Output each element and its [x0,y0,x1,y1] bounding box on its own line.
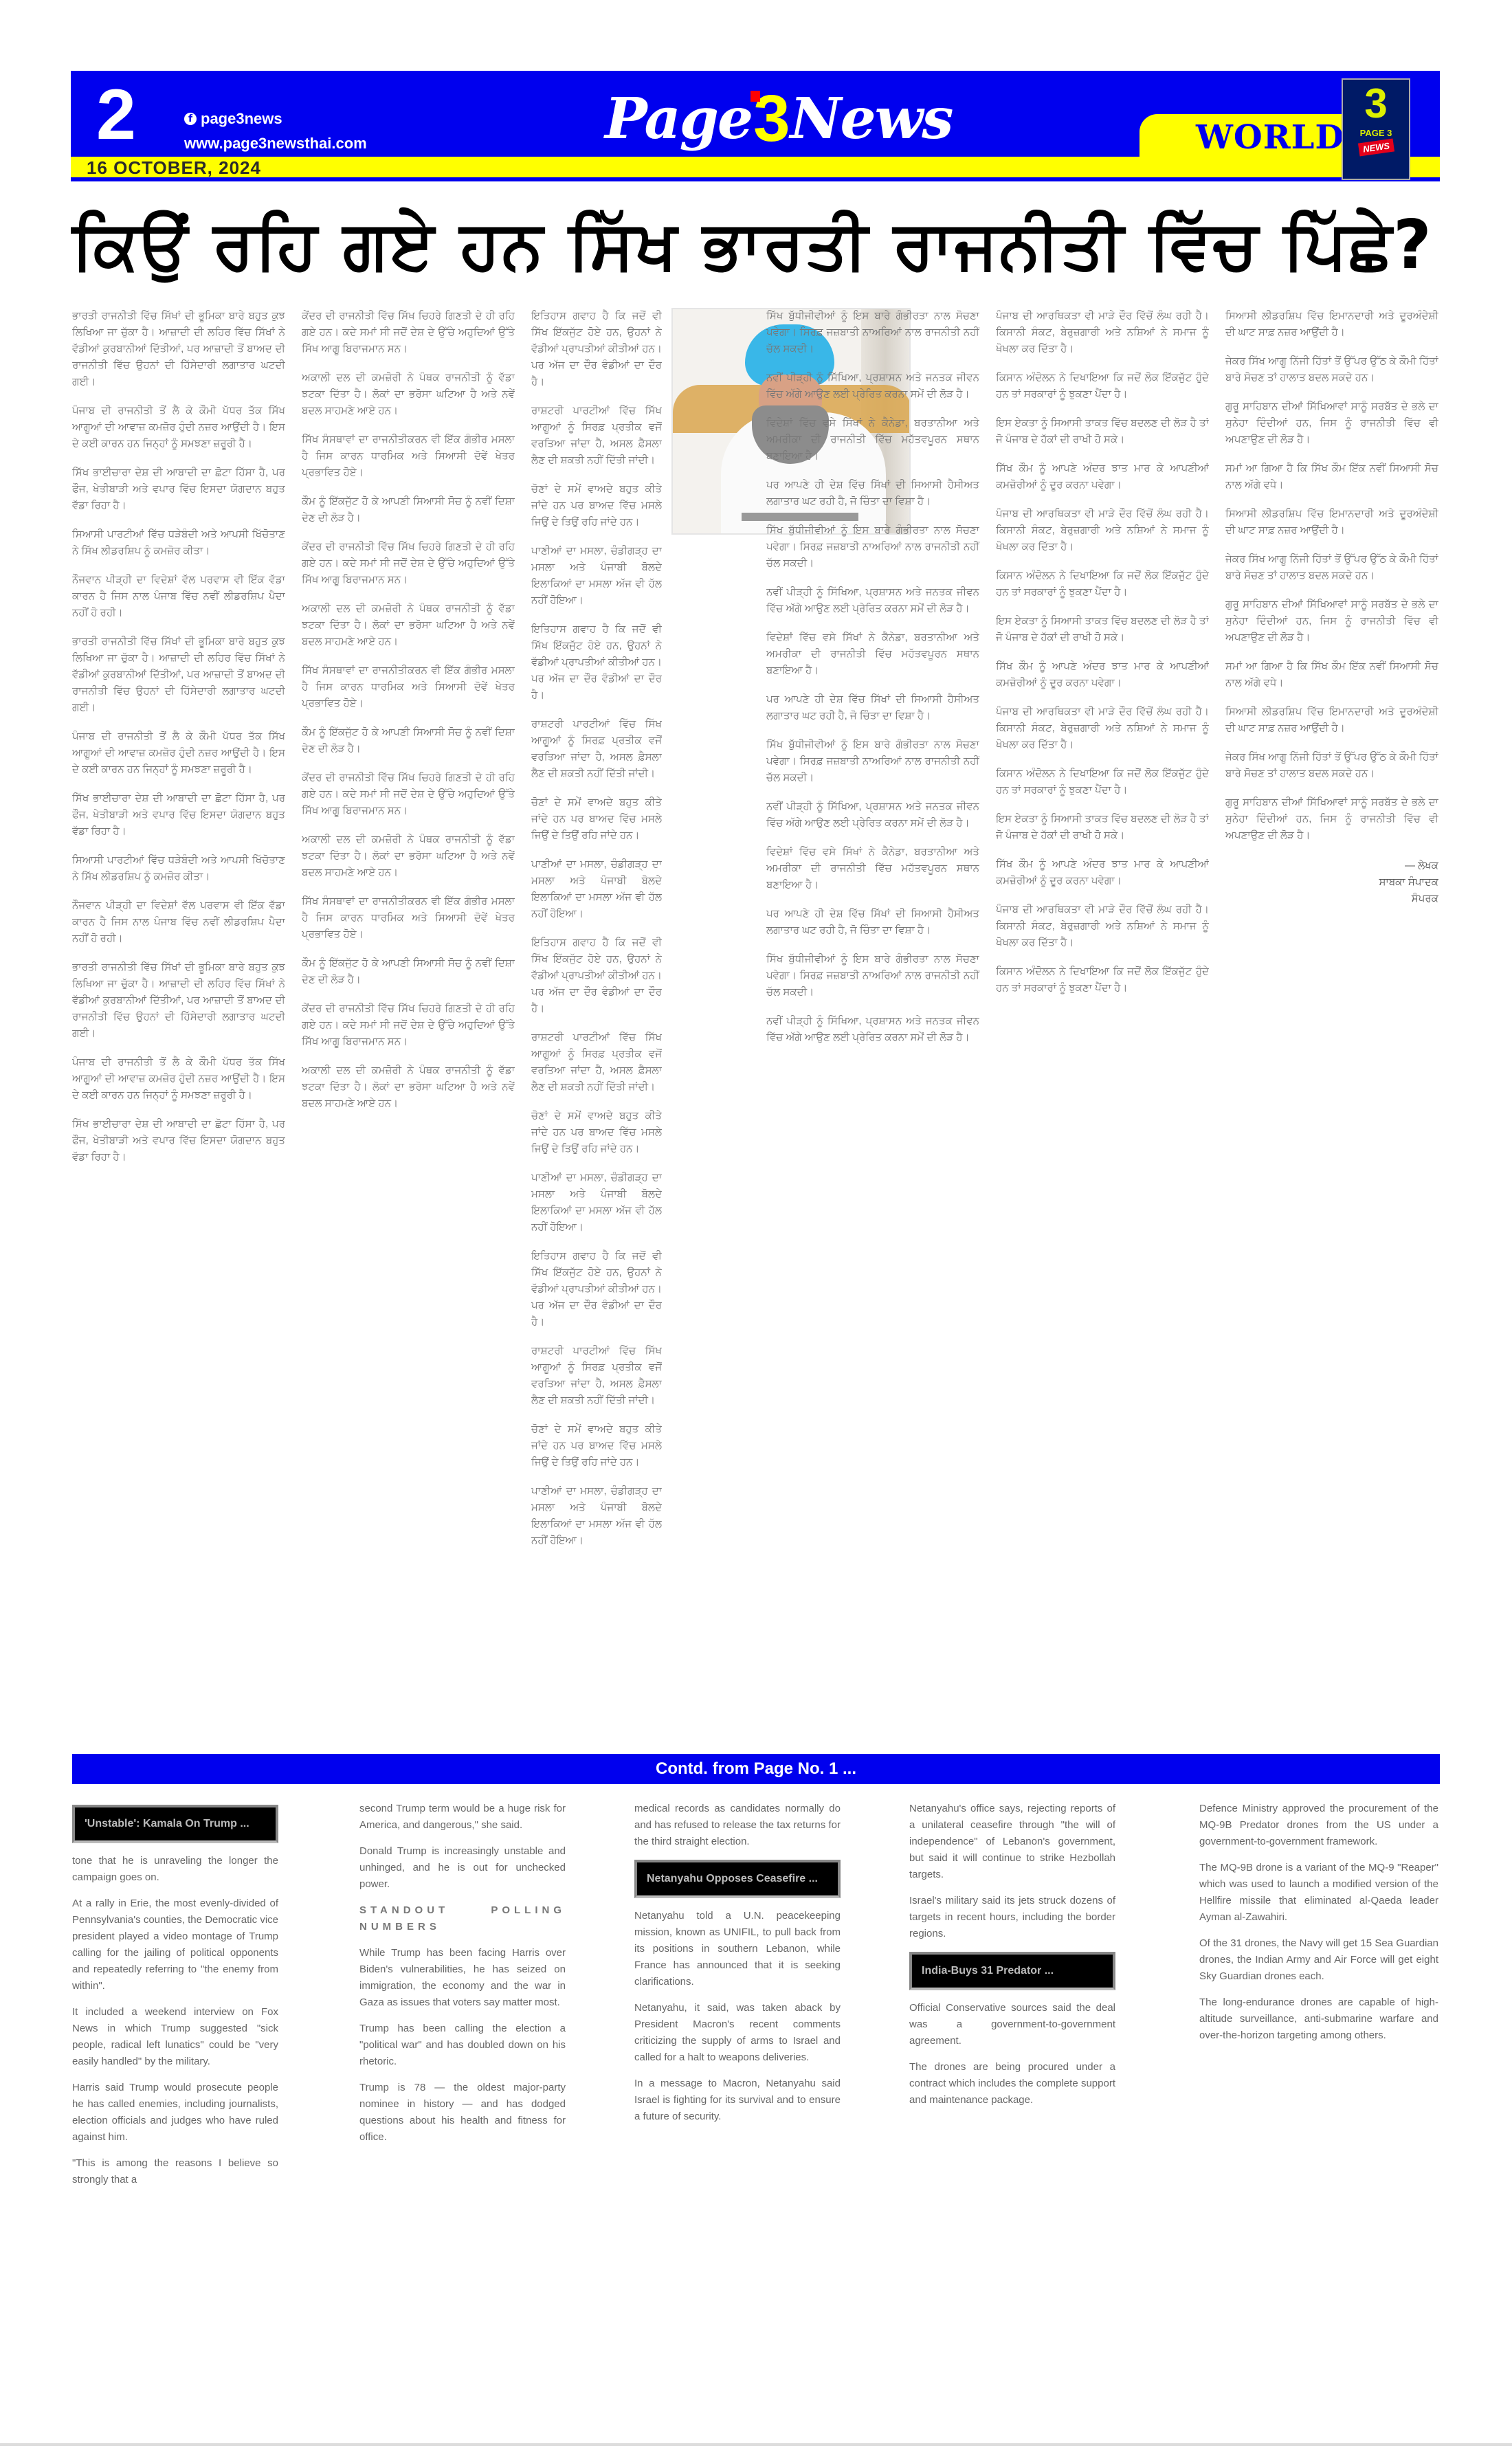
paragraph: Harris said Trump would prosecute people… [72,2080,278,2146]
continued-column-3: medical records as candidates normally d… [634,1801,841,2135]
paragraph: ਕੇਂਦਰ ਦੀ ਰਾਜਨੀਤੀ ਵਿੱਚ ਸਿੱਖ ਚਿਹਰੇ ਗਿਣਤੀ ਦ… [302,1001,515,1050]
social-link[interactable]: f page3news [184,110,282,128]
paragraph: ਸਿੱਖ ਭਾਈਚਾਰਾ ਦੇਸ਼ ਦੀ ਆਬਾਦੀ ਦਾ ਛੋਟਾ ਹਿੱਸਾ… [72,465,285,514]
subheading: STANDOUT POLLING NUMBERS [359,1902,566,1935]
paragraph: medical records as candidates normally d… [634,1801,841,1850]
paragraph: ਭਾਰਤੀ ਰਾਜਨੀਤੀ ਵਿੱਚ ਸਿੱਖਾਂ ਦੀ ਭੂਮਿਕਾ ਬਾਰੇ… [72,959,285,1042]
paragraph: ਇਤਿਹਾਸ ਗਵਾਹ ਹੈ ਕਿ ਜਦੋਂ ਵੀ ਸਿੱਖ ਇੱਕਜੁੱਟ ਹ… [531,1248,662,1331]
paragraph: ਵਿਦੇਸ਼ਾਂ ਵਿੱਚ ਵਸੇ ਸਿੱਖਾਂ ਨੇ ਕੈਨੇਡਾ, ਬਰਤਾ… [766,630,979,679]
page-bottom-rule [0,2443,1512,2446]
paragraph: ਸਿੱਖ ਬੁੱਧੀਜੀਵੀਆਂ ਨੂੰ ਇਸ ਬਾਰੇ ਗੰਭੀਰਤਾ ਨਾਲ… [766,737,979,786]
paragraph: tone that he is unraveling the longer th… [72,1853,278,1886]
paragraph: ਸਿੱਖ ਬੁੱਧੀਜੀਵੀਆਂ ਨੂੰ ਇਸ ਬਾਰੇ ਗੰਭੀਰਤਾ ਨਾਲ… [766,308,979,357]
paragraph: ਪਰ ਆਪਣੇ ਹੀ ਦੇਸ਼ ਵਿੱਚ ਸਿੱਖਾਂ ਦੀ ਸਿਆਸੀ ਹੈਸ… [766,906,979,939]
masthead-bottom-rule [71,177,1440,181]
paragraph: ਇਤਿਹਾਸ ਗਵਾਹ ਹੈ ਕਿ ਜਦੋਂ ਵੀ ਸਿੱਖ ਇੱਕਜੁੱਟ ਹ… [531,935,662,1017]
brand-badge-icon: 3 PAGE 3 NEWS [1342,78,1410,180]
paragraph: ਨਵੀਂ ਪੀੜ੍ਹੀ ਨੂੰ ਸਿੱਖਿਆ, ਪ੍ਰਸ਼ਾਸਨ ਅਤੇ ਜਨਤ… [766,799,979,832]
page-number: 2 [96,77,136,153]
logo-number: 3 [753,81,788,157]
paragraph: ਪਾਣੀਆਂ ਦਾ ਮਸਲਾ, ਚੰਡੀਗੜ੍ਹ ਦਾ ਮਸਲਾ ਅਤੇ ਪੰਜ… [531,1170,662,1236]
article-headline: ਕਿਉਂ ਰਹਿ ਗਏ ਹਨ ਸਿੱਖ ਭਾਰਤੀ ਰਾਜਨੀਤੀ ਵਿੱਚ ਪ… [72,206,1412,296]
paragraph: Defence Ministry approved the procuremen… [1199,1801,1438,1850]
social-handle: page3news [201,110,282,128]
paragraph: The MQ-9B drone is a variant of the MQ-9… [1199,1860,1438,1926]
paragraph: ਅਕਾਲੀ ਦਲ ਦੀ ਕਮਜ਼ੋਰੀ ਨੇ ਪੰਥਕ ਰਾਜਨੀਤੀ ਨੂੰ … [302,370,515,419]
paragraph: ਸਿੱਖ ਭਾਈਚਾਰਾ ਦੇਸ਼ ਦੀ ਆਬਾਦੀ ਦਾ ਛੋਟਾ ਹਿੱਸਾ… [72,790,285,840]
paragraph: ਸਿੱਖ ਕੌਮ ਨੂੰ ਆਪਣੇ ਅੰਦਰ ਝਾਤ ਮਾਰ ਕੇ ਆਪਣੀਆਂ… [996,460,1209,493]
paragraph: ਇਤਿਹਾਸ ਗਵਾਹ ਹੈ ਕਿ ਜਦੋਂ ਵੀ ਸਿੱਖ ਇੱਕਜੁੱਟ ਹ… [531,621,662,704]
paragraph: ਇਸ ਏਕਤਾ ਨੂੰ ਸਿਆਸੀ ਤਾਕਤ ਵਿੱਚ ਬਦਲਣ ਦੀ ਲੋੜ … [996,613,1209,646]
article-column-2: ਕੇਂਦਰ ਦੀ ਰਾਜਨੀਤੀ ਵਿੱਚ ਸਿੱਖ ਚਿਹਰੇ ਗਿਣਤੀ ਦ… [302,308,515,1737]
paragraph: ਸਿਆਸੀ ਲੀਡਰਸ਼ਿਪ ਵਿੱਚ ਇਮਾਨਦਾਰੀ ਅਤੇ ਦੂਰਅੰਦੇ… [1225,506,1438,539]
issue-date: 16 OCTOBER, 2024 [87,157,261,179]
badge-page: PAGE 3 [1343,128,1409,138]
paragraph: Netanyahu's office says, rejecting repor… [909,1801,1115,1883]
paragraph: ਸਿੱਖ ਸੰਸਥਾਵਾਂ ਦਾ ਰਾਜਨੀਤੀਕਰਨ ਵੀ ਇੱਕ ਗੰਭੀਰ… [302,663,515,712]
paragraph: ਰਾਸ਼ਟਰੀ ਪਾਰਟੀਆਂ ਵਿੱਚ ਸਿੱਖ ਆਗੂਆਂ ਨੂੰ ਸਿਰਫ… [531,716,662,782]
paragraph: ਕੌਮ ਨੂੰ ਇੱਕਜੁੱਟ ਹੋ ਕੇ ਆਪਣੀ ਸਿਆਸੀ ਸੋਚ ਨੂੰ… [302,955,515,988]
website-link[interactable]: www.page3newsthai.com [184,135,367,153]
continued-column-5: Defence Ministry approved the procuremen… [1199,1801,1438,2054]
paragraph: ਇਤਿਹਾਸ ਗਵਾਹ ਹੈ ਕਿ ਜਦੋਂ ਵੀ ਸਿੱਖ ਇੱਕਜੁੱਟ ਹ… [531,308,662,390]
paragraph: ਨੌਜਵਾਨ ਪੀੜ੍ਹੀ ਦਾ ਵਿਦੇਸ਼ਾਂ ਵੱਲ ਪਰਵਾਸ ਵੀ ਇ… [72,572,285,621]
newspaper-logo: Page 3 News [605,81,952,157]
paragraph: ਸਿਆਸੀ ਲੀਡਰਸ਼ਿਪ ਵਿੱਚ ਇਮਾਨਦਾਰੀ ਅਤੇ ਦੂਰਅੰਦੇ… [1225,308,1438,341]
paragraph: ਅਕਾਲੀ ਦਲ ਦੀ ਕਮਜ਼ੋਰੀ ਨੇ ਪੰਥਕ ਰਾਜਨੀਤੀ ਨੂੰ … [302,601,515,650]
paragraph: Trump has been calling the election a "p… [359,2021,566,2070]
paragraph: Netanyahu told a U.N. peacekeeping missi… [634,1908,841,1990]
story-tag-kamala[interactable]: 'Unstable': Kamala On Trump ... [72,1805,278,1843]
paragraph: ਰਾਸ਼ਟਰੀ ਪਾਰਟੀਆਂ ਵਿੱਚ ਸਿੱਖ ਆਗੂਆਂ ਨੂੰ ਸਿਰਫ… [531,1030,662,1095]
story-tag-netanyahu[interactable]: Netanyahu Opposes Ceasefire ... [634,1860,841,1898]
paragraph: ਭਾਰਤੀ ਰਾਜਨੀਤੀ ਵਿੱਚ ਸਿੱਖਾਂ ਦੀ ਭੂਮਿਕਾ ਬਾਰੇ… [72,308,285,390]
paragraph: ਸਿੱਖ ਭਾਈਚਾਰਾ ਦੇਸ਼ ਦੀ ਆਬਾਦੀ ਦਾ ਛੋਟਾ ਹਿੱਸਾ… [72,1116,285,1166]
paragraph: ਇਸ ਏਕਤਾ ਨੂੰ ਸਿਆਸੀ ਤਾਕਤ ਵਿੱਚ ਬਦਲਣ ਦੀ ਲੋੜ … [996,415,1209,448]
paragraph: ਚੋਣਾਂ ਦੇ ਸਮੇਂ ਵਾਅਦੇ ਬਹੁਤ ਕੀਤੇ ਜਾਂਦੇ ਹਨ ਪ… [531,794,662,844]
paragraph: In a message to Macron, Netanyahu said I… [634,2076,841,2125]
paragraph: ਕਿਸਾਨ ਅੰਦੋਲਨ ਨੇ ਦਿਖਾਇਆ ਕਿ ਜਦੋਂ ਲੋਕ ਇੱਕਜੁ… [996,766,1209,799]
paragraph: ਸਿੱਖ ਬੁੱਧੀਜੀਵੀਆਂ ਨੂੰ ਇਸ ਬਾਰੇ ਗੰਭੀਰਤਾ ਨਾਲ… [766,522,979,572]
paragraph: ਪੰਜਾਬ ਦੀ ਰਾਜਨੀਤੀ ਤੋਂ ਲੈ ਕੇ ਕੌਮੀ ਪੱਧਰ ਤੱਕ… [72,1054,285,1104]
paragraph: ਪੰਜਾਬ ਦੀ ਆਰਥਿਕਤਾ ਵੀ ਮਾੜੇ ਦੌਰ ਵਿੱਚੋਂ ਲੰਘ … [996,902,1209,951]
paragraph: ਸਿਆਸੀ ਪਾਰਟੀਆਂ ਵਿੱਚ ਧੜੇਬੰਦੀ ਅਤੇ ਆਪਸੀ ਖਿੱਚ… [72,526,285,559]
paragraph: ਭਾਰਤੀ ਰਾਜਨੀਤੀ ਵਿੱਚ ਸਿੱਖਾਂ ਦੀ ਭੂਮਿਕਾ ਬਾਰੇ… [72,634,285,716]
paragraph: The long-endurance drones are capable of… [1199,1994,1438,2044]
byline-author: — ਲੇਖਕ [1225,858,1438,874]
paragraph: ਨਵੀਂ ਪੀੜ੍ਹੀ ਨੂੰ ਸਿੱਖਿਆ, ਪ੍ਰਸ਼ਾਸਨ ਅਤੇ ਜਨਤ… [766,1013,979,1046]
paragraph: ਨੌਜਵਾਨ ਪੀੜ੍ਹੀ ਦਾ ਵਿਦੇਸ਼ਾਂ ਵੱਲ ਪਰਵਾਸ ਵੀ ਇ… [72,898,285,947]
article-column-5: ਪੰਜਾਬ ਦੀ ਆਰਥਿਕਤਾ ਵੀ ਮਾੜੇ ਦੌਰ ਵਿੱਚੋਂ ਲੰਘ … [996,308,1209,1737]
paragraph: ਸਿੱਖ ਕੌਮ ਨੂੰ ਆਪਣੇ ਅੰਦਰ ਝਾਤ ਮਾਰ ਕੇ ਆਪਣੀਆਂ… [996,856,1209,889]
paragraph: ਪੰਜਾਬ ਦੀ ਆਰਥਿਕਤਾ ਵੀ ਮਾੜੇ ਦੌਰ ਵਿੱਚੋਂ ਲੰਘ … [996,308,1209,357]
paragraph: ਕੇਂਦਰ ਦੀ ਰਾਜਨੀਤੀ ਵਿੱਚ ਸਿੱਖ ਚਿਹਰੇ ਗਿਣਤੀ ਦ… [302,308,515,357]
byline-title: ਸਾਬਕਾ ਸੰਪਾਦਕ [1225,874,1438,891]
paragraph: ਗੁਰੂ ਸਾਹਿਬਾਨ ਦੀਆਂ ਸਿੱਖਿਆਵਾਂ ਸਾਨੂੰ ਸਰਬੱਤ … [1225,597,1438,646]
byline-contact: ਸੰਪਰਕ [1225,891,1438,907]
paragraph: ਜੇਕਰ ਸਿੱਖ ਆਗੂ ਨਿੱਜੀ ਹਿੱਤਾਂ ਤੋਂ ਉੱਪਰ ਉੱਠ … [1225,353,1438,386]
paragraph: It included a weekend interview on Fox N… [72,2004,278,2070]
section-label: WORLD [1196,118,1344,157]
article-column-6: ਸਿਆਸੀ ਲੀਡਰਸ਼ਿਪ ਵਿੱਚ ਇਮਾਨਦਾਰੀ ਅਤੇ ਦੂਰਅੰਦੇ… [1225,308,1438,1737]
paragraph: ਪਰ ਆਪਣੇ ਹੀ ਦੇਸ਼ ਵਿੱਚ ਸਿੱਖਾਂ ਦੀ ਸਿਆਸੀ ਹੈਸ… [766,477,979,510]
paragraph: ਕੇਂਦਰ ਦੀ ਰਾਜਨੀਤੀ ਵਿੱਚ ਸਿੱਖ ਚਿਹਰੇ ਗਿਣਤੀ ਦ… [302,539,515,588]
paragraph: ਨਵੀਂ ਪੀੜ੍ਹੀ ਨੂੰ ਸਿੱਖਿਆ, ਪ੍ਰਸ਼ਾਸਨ ਅਤੇ ਜਨਤ… [766,584,979,617]
paragraph: ਕੌਮ ਨੂੰ ਇੱਕਜੁੱਟ ਹੋ ਕੇ ਆਪਣੀ ਸਿਆਸੀ ਸੋਚ ਨੂੰ… [302,493,515,526]
paragraph: ਗੁਰੂ ਸਾਹਿਬਾਨ ਦੀਆਂ ਸਿੱਖਿਆਵਾਂ ਸਾਨੂੰ ਸਰਬੱਤ … [1225,794,1438,844]
continued-stories: 'Unstable': Kamala On Trump ... tone tha… [72,1801,1440,2371]
paragraph: second Trump term would be a huge risk f… [359,1801,566,1834]
paragraph: ਪਾਣੀਆਂ ਦਾ ਮਸਲਾ, ਚੰਡੀਗੜ੍ਹ ਦਾ ਮਸਲਾ ਅਤੇ ਪੰਜ… [531,856,662,922]
paragraph: ਪੰਜਾਬ ਦੀ ਰਾਜਨੀਤੀ ਤੋਂ ਲੈ ਕੇ ਕੌਮੀ ਪੱਧਰ ਤੱਕ… [72,728,285,778]
paragraph: Trump is 78 — the oldest major-party nom… [359,2080,566,2146]
paragraph: ਪਾਣੀਆਂ ਦਾ ਮਸਲਾ, ਚੰਡੀਗੜ੍ਹ ਦਾ ਮਸਲਾ ਅਤੇ ਪੰਜ… [531,1483,662,1549]
paragraph: ਪੰਜਾਬ ਦੀ ਆਰਥਿਕਤਾ ਵੀ ਮਾੜੇ ਦੌਰ ਵਿੱਚੋਂ ਲੰਘ … [996,506,1209,555]
paragraph: ਇਸ ਏਕਤਾ ਨੂੰ ਸਿਆਸੀ ਤਾਕਤ ਵਿੱਚ ਬਦਲਣ ਦੀ ਲੋੜ … [996,811,1209,844]
logo-text-left: Page [605,86,752,152]
badge-news: NEWS [1357,139,1394,157]
paragraph: ਕਿਸਾਨ ਅੰਦੋਲਨ ਨੇ ਦਿਖਾਇਆ ਕਿ ਜਦੋਂ ਲੋਕ ਇੱਕਜੁ… [996,568,1209,601]
paragraph: ਸਿੱਖ ਸੰਸਥਾਵਾਂ ਦਾ ਰਾਜਨੀਤੀਕਰਨ ਵੀ ਇੱਕ ਗੰਭੀਰ… [302,432,515,481]
paragraph: ਵਿਦੇਸ਼ਾਂ ਵਿੱਚ ਵਸੇ ਸਿੱਖਾਂ ਨੇ ਕੈਨੇਡਾ, ਬਰਤਾ… [766,415,979,465]
article-byline: — ਲੇਖਕ ਸਾਬਕਾ ਸੰਪਾਦਕ ਸੰਪਰਕ [1225,858,1438,907]
paragraph: ਅਕਾਲੀ ਦਲ ਦੀ ਕਮਜ਼ੋਰੀ ਨੇ ਪੰਥਕ ਰਾਜਨੀਤੀ ਨੂੰ … [302,1062,515,1112]
paragraph: ਕਿਸਾਨ ਅੰਦੋਲਨ ਨੇ ਦਿਖਾਇਆ ਕਿ ਜਦੋਂ ਲੋਕ ਇੱਕਜੁ… [996,964,1209,997]
paragraph: ਸਿੱਖ ਕੌਮ ਨੂੰ ਆਪਣੇ ਅੰਦਰ ਝਾਤ ਮਾਰ ਕੇ ਆਪਣੀਆਂ… [996,658,1209,691]
paragraph: ਪਾਣੀਆਂ ਦਾ ਮਸਲਾ, ਚੰਡੀਗੜ੍ਹ ਦਾ ਮਸਲਾ ਅਤੇ ਪੰਜ… [531,543,662,609]
paragraph: While Trump has been facing Harris over … [359,1945,566,2011]
article-column-1: ਭਾਰਤੀ ਰਾਜਨੀਤੀ ਵਿੱਚ ਸਿੱਖਾਂ ਦੀ ਭੂਮਿਕਾ ਬਾਰੇ… [72,308,285,1737]
paragraph: ਸਿੱਖ ਬੁੱਧੀਜੀਵੀਆਂ ਨੂੰ ਇਸ ਬਾਰੇ ਗੰਭੀਰਤਾ ਨਾਲ… [766,951,979,1001]
continued-banner: Contd. from Page No. 1 ... [72,1754,1440,1784]
paragraph: ਜੇਕਰ ਸਿੱਖ ਆਗੂ ਨਿੱਜੀ ਹਿੱਤਾਂ ਤੋਂ ਉੱਪਰ ਉੱਠ … [1225,551,1438,584]
paragraph: ਕੇਂਦਰ ਦੀ ਰਾਜਨੀਤੀ ਵਿੱਚ ਸਿੱਖ ਚਿਹਰੇ ਗਿਣਤੀ ਦ… [302,770,515,819]
paragraph: ਨਵੀਂ ਪੀੜ੍ਹੀ ਨੂੰ ਸਿੱਖਿਆ, ਪ੍ਰਸ਼ਾਸਨ ਅਤੇ ਜਨਤ… [766,370,979,403]
paragraph: ਸਮਾਂ ਆ ਗਿਆ ਹੈ ਕਿ ਸਿੱਖ ਕੌਮ ਇੱਕ ਨਵੀਂ ਸਿਆਸੀ… [1225,460,1438,493]
paragraph: ਚੋਣਾਂ ਦੇ ਸਮੇਂ ਵਾਅਦੇ ਬਹੁਤ ਕੀਤੇ ਜਾਂਦੇ ਹਨ ਪ… [531,481,662,531]
paragraph: The drones are being procured under a co… [909,2059,1115,2108]
paragraph: ਚੋਣਾਂ ਦੇ ਸਮੇਂ ਵਾਅਦੇ ਬਹੁਤ ਕੀਤੇ ਜਾਂਦੇ ਹਨ ਪ… [531,1108,662,1157]
paragraph: ਕੌਮ ਨੂੰ ਇੱਕਜੁੱਟ ਹੋ ਕੇ ਆਪਣੀ ਸਿਆਸੀ ਸੋਚ ਨੂੰ… [302,724,515,757]
story-tag-predator[interactable]: India-Buys 31 Predator ... [909,1952,1115,1990]
main-article: ਭਾਰਤੀ ਰਾਜਨੀਤੀ ਵਿੱਚ ਸਿੱਖਾਂ ਦੀ ਭੂਮਿਕਾ ਬਾਰੇ… [72,308,1440,1737]
paragraph: ਚੋਣਾਂ ਦੇ ਸਮੇਂ ਵਾਅਦੇ ਬਹੁਤ ਕੀਤੇ ਜਾਂਦੇ ਹਨ ਪ… [531,1421,662,1471]
paragraph: Official Conservative sources said the d… [909,2000,1115,2049]
paragraph: Netanyahu, it said, was taken aback by P… [634,2000,841,2066]
paragraph: ਸਮਾਂ ਆ ਗਿਆ ਹੈ ਕਿ ਸਿੱਖ ਕੌਮ ਇੱਕ ਨਵੀਂ ਸਿਆਸੀ… [1225,658,1438,691]
paragraph: ਪਰ ਆਪਣੇ ਹੀ ਦੇਸ਼ ਵਿੱਚ ਸਿੱਖਾਂ ਦੀ ਸਿਆਸੀ ਹੈਸ… [766,691,979,724]
continued-column-1: 'Unstable': Kamala On Trump ... tone tha… [72,1801,278,2198]
paragraph: ਸਿਆਸੀ ਪਾਰਟੀਆਂ ਵਿੱਚ ਧੜੇਬੰਦੀ ਅਤੇ ਆਪਸੀ ਖਿੱਚ… [72,852,285,885]
newspaper-page: 2 f page3news www.page3newsthai.com 16 O… [0,0,1512,2448]
paragraph: At a rally in Erie, the most evenly-divi… [72,1895,278,1994]
paragraph: ਗੁਰੂ ਸਾਹਿਬਾਨ ਦੀਆਂ ਸਿੱਖਿਆਵਾਂ ਸਾਨੂੰ ਸਰਬੱਤ … [1225,399,1438,448]
paragraph: ਜੇਕਰ ਸਿੱਖ ਆਗੂ ਨਿੱਜੀ ਹਿੱਤਾਂ ਤੋਂ ਉੱਪਰ ਉੱਠ … [1225,749,1438,782]
facebook-icon: f [184,113,197,125]
article-column-3: ਇਤਿਹਾਸ ਗਵਾਹ ਹੈ ਕਿ ਜਦੋਂ ਵੀ ਸਿੱਖ ਇੱਕਜੁੱਟ ਹ… [531,308,662,1737]
paragraph: ਅਕਾਲੀ ਦਲ ਦੀ ਕਮਜ਼ੋਰੀ ਨੇ ਪੰਥਕ ਰਾਜਨੀਤੀ ਨੂੰ … [302,832,515,881]
continued-column-4: Netanyahu's office says, rejecting repor… [909,1801,1115,2118]
continued-column-2: second Trump term would be a huge risk f… [359,1801,566,2155]
badge-number: 3 [1343,80,1409,128]
logo-text-right: News [790,86,953,152]
paragraph: ਸਿਆਸੀ ਲੀਡਰਸ਼ਿਪ ਵਿੱਚ ਇਮਾਨਦਾਰੀ ਅਤੇ ਦੂਰਅੰਦੇ… [1225,704,1438,737]
paragraph: ਰਾਸ਼ਟਰੀ ਪਾਰਟੀਆਂ ਵਿੱਚ ਸਿੱਖ ਆਗੂਆਂ ਨੂੰ ਸਿਰਫ… [531,1343,662,1409]
paragraph: Israel's military said its jets struck d… [909,1893,1115,1942]
paragraph: ਸਿੱਖ ਸੰਸਥਾਵਾਂ ਦਾ ਰਾਜਨੀਤੀਕਰਨ ਵੀ ਇੱਕ ਗੰਭੀਰ… [302,893,515,943]
article-column-4: ਸਿੱਖ ਬੁੱਧੀਜੀਵੀਆਂ ਨੂੰ ਇਸ ਬਾਰੇ ਗੰਭੀਰਤਾ ਨਾਲ… [766,308,979,1737]
paragraph: "This is among the reasons I believe so … [72,2155,278,2188]
paragraph: ਪੰਜਾਬ ਦੀ ਆਰਥਿਕਤਾ ਵੀ ਮਾੜੇ ਦੌਰ ਵਿੱਚੋਂ ਲੰਘ … [996,704,1209,753]
paragraph: ਰਾਸ਼ਟਰੀ ਪਾਰਟੀਆਂ ਵਿੱਚ ਸਿੱਖ ਆਗੂਆਂ ਨੂੰ ਸਿਰਫ… [531,403,662,469]
paragraph: Donald Trump is increasingly unstable an… [359,1843,566,1893]
paragraph: ਵਿਦੇਸ਼ਾਂ ਵਿੱਚ ਵਸੇ ਸਿੱਖਾਂ ਨੇ ਕੈਨੇਡਾ, ਬਰਤਾ… [766,844,979,893]
paragraph: ਕਿਸਾਨ ਅੰਦੋਲਨ ਨੇ ਦਿਖਾਇਆ ਕਿ ਜਦੋਂ ਲੋਕ ਇੱਕਜੁ… [996,370,1209,403]
paragraph: ਪੰਜਾਬ ਦੀ ਰਾਜਨੀਤੀ ਤੋਂ ਲੈ ਕੇ ਕੌਮੀ ਪੱਧਰ ਤੱਕ… [72,403,285,452]
paragraph: Of the 31 drones, the Navy will get 15 S… [1199,1935,1438,1985]
